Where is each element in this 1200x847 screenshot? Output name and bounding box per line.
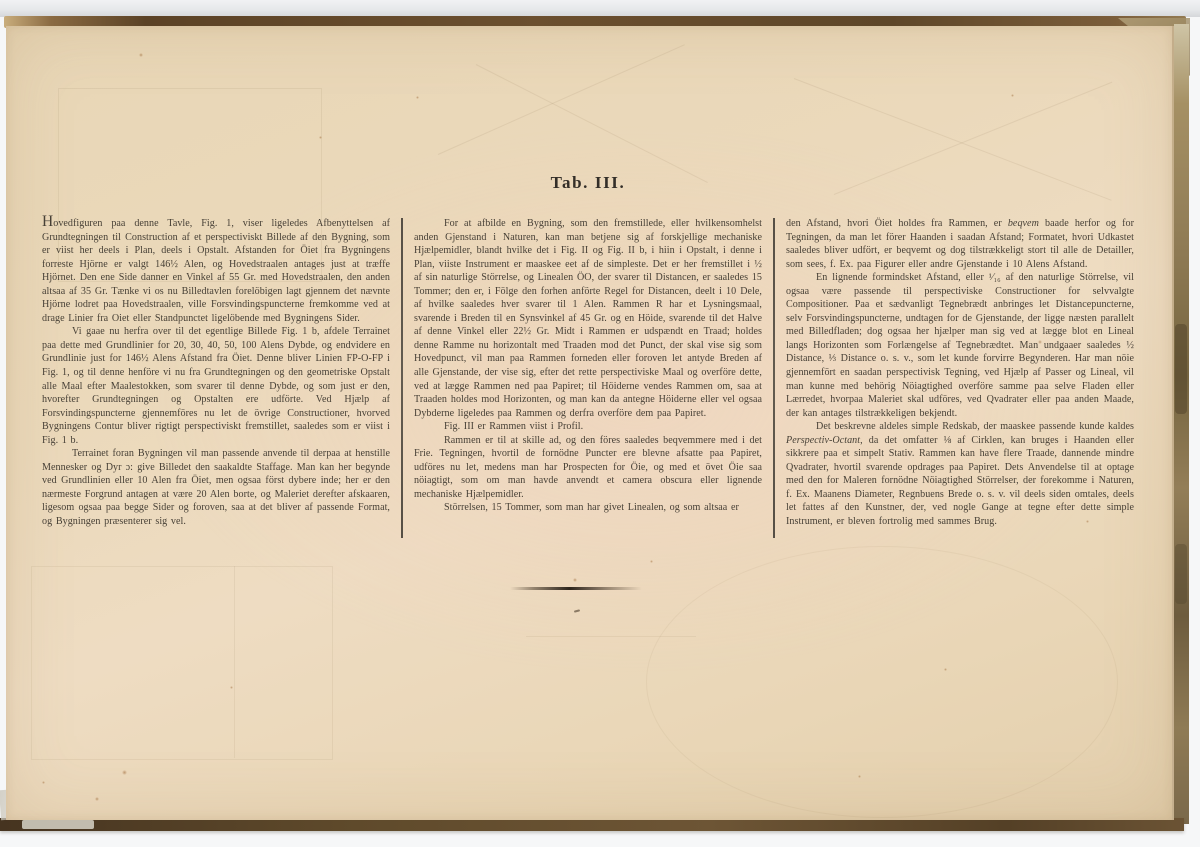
- column-divider-right: [773, 218, 775, 538]
- scan-backdrop: Tab. III. Hovedfiguren paa denne Tavle, …: [0, 0, 1200, 847]
- text-run: Rammen er til at skille ad, og den föres…: [414, 435, 762, 500]
- text-column-right: den Afstand, hvori Öiet holdes fra Ramme…: [786, 217, 1134, 539]
- ink-smudge-line: [510, 587, 642, 590]
- foxing-spot: [944, 668, 947, 671]
- text-run: En lignende formindsket Afstand, eller ¹…: [786, 272, 1134, 418]
- page-edge-highlight: [22, 820, 94, 829]
- cover-stain: [1175, 324, 1187, 414]
- text-run: Perspectiv-Octant: [786, 435, 860, 446]
- plate-page: Tab. III. Hovedfiguren paa denne Tavle, …: [6, 26, 1174, 820]
- text-column-middle: For at afbilde en Bygning, som den frems…: [414, 217, 762, 539]
- foxing-spot: [319, 136, 322, 139]
- text-run: Störrelsen, 15 Tommer, som man har givet…: [444, 502, 739, 513]
- text-run: Det beskrevne aldeles simple Redskab, de…: [816, 421, 1134, 432]
- foxing-spot: [650, 560, 653, 563]
- paragraph: Rammen er til at skille ad, og den föres…: [414, 434, 762, 502]
- paragraph: For at afbilde en Bygning, som den frems…: [414, 217, 762, 420]
- bleed-line: [438, 44, 685, 155]
- text-run: beqvem: [1008, 218, 1039, 229]
- book-cover-edge-right: [1174, 24, 1189, 824]
- text-column-left: Hovedfiguren paa denne Tavle, Fig. 1, vi…: [42, 217, 390, 539]
- text-run: Hovedfiguren paa denne Tavle, Fig. 1, vi…: [42, 218, 390, 324]
- foxing-spot: [122, 770, 127, 775]
- text-run: Fig. III er Rammen viist i Profil.: [444, 421, 583, 432]
- paragraph: En lignende formindsket Afstand, eller ¹…: [786, 271, 1134, 420]
- paragraph: Vi gaae nu herfra over til det egentlige…: [42, 325, 390, 447]
- paragraph: Terrainet foran Bygningen vil man passen…: [42, 447, 390, 528]
- foxing-spot: [858, 775, 861, 778]
- text-run: Vi gaae nu herfra over til det egentlige…: [42, 326, 390, 445]
- foxing-spot: [416, 96, 419, 99]
- bleed-rect: [31, 566, 333, 760]
- foxing-spot: [95, 797, 99, 801]
- text-block: Hovedfiguren paa denne Tavle, Fig. 1, vi…: [42, 217, 1134, 539]
- background-surface: [0, 0, 1200, 17]
- column-divider-left: [401, 218, 403, 538]
- cover-stain: [1175, 544, 1187, 604]
- paragraph: Det beskrevne aldeles simple Redskab, de…: [786, 420, 1134, 528]
- text-run: Terrainet foran Bygningen vil man passen…: [42, 448, 390, 527]
- paragraph: den Afstand, hvori Öiet holdes fra Ramme…: [786, 217, 1134, 271]
- foxing-spot: [42, 781, 45, 784]
- bleed-line: [234, 566, 235, 758]
- text-run: , da det omfatter ⅛ af Cirklen, kan brug…: [786, 435, 1134, 527]
- bleed-line: [476, 64, 708, 183]
- paragraph: Fig. III er Rammen viist i Profil.: [414, 420, 762, 434]
- foxing-spot: [230, 686, 233, 689]
- paragraph: Störrelsen, 15 Tommer, som man har givet…: [414, 501, 762, 515]
- plate-title: Tab. III.: [42, 173, 1134, 193]
- paragraph: Hovedfiguren paa denne Tavle, Fig. 1, vi…: [42, 217, 390, 325]
- ink-smudge-mark: [574, 609, 580, 612]
- foxing-spot: [139, 53, 143, 57]
- text-run: For at afbilde en Bygning, som den frems…: [414, 218, 762, 419]
- bleed-curve: [646, 546, 1118, 818]
- foxing-spot: [573, 578, 577, 582]
- text-run: den Afstand, hvori Öiet holdes fra Ramme…: [786, 218, 1008, 229]
- foxing-spot: [1011, 94, 1014, 97]
